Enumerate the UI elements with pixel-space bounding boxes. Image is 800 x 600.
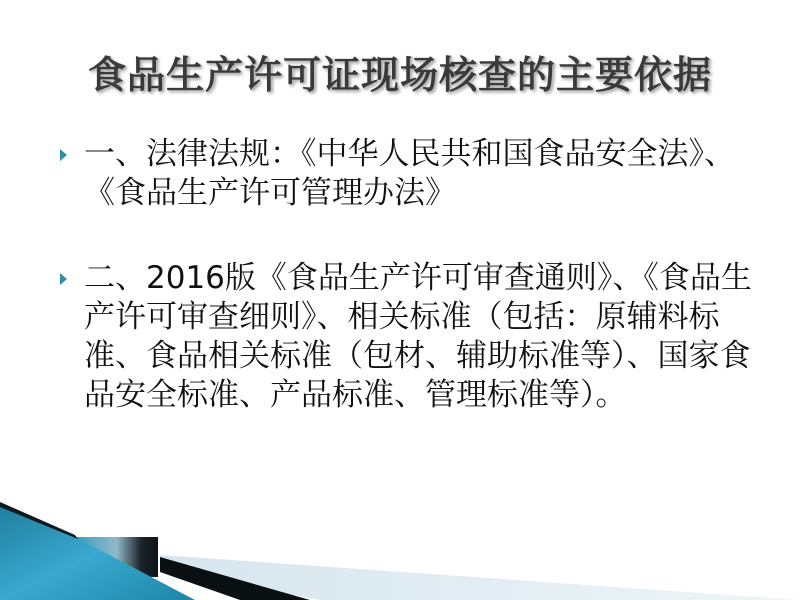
slide: 食品生产许可证现场核查的主要依据 一、法律法规：《中华人民共和国食品安全法》、《… xyxy=(0,0,800,600)
bullet-text-2: 二、2016版《食品生产许可审查通则》、《食品生产许可审查细则》、相关标准（包括… xyxy=(84,260,752,413)
bullet-item-2: 二、2016版《食品生产许可审查通则》、《食品生产许可审查细则》、相关标准（包括… xyxy=(60,259,760,415)
triangle-bullet-icon xyxy=(60,273,67,285)
bullet-text-1: 一、法律法规：《中华人民共和国食品安全法》、《食品生产许可管理办法》 xyxy=(84,136,735,211)
bottom-swoosh-decoration xyxy=(0,460,800,600)
triangle-bullet-icon xyxy=(60,149,67,161)
bullet-item-1: 一、法律法规：《中华人民共和国食品安全法》、《食品生产许可管理办法》 xyxy=(60,135,760,213)
bullet-list: 一、法律法规：《中华人民共和国食品安全法》、《食品生产许可管理办法》 二、201… xyxy=(60,135,760,461)
slide-title: 食品生产许可证现场核查的主要依据 xyxy=(0,44,800,99)
